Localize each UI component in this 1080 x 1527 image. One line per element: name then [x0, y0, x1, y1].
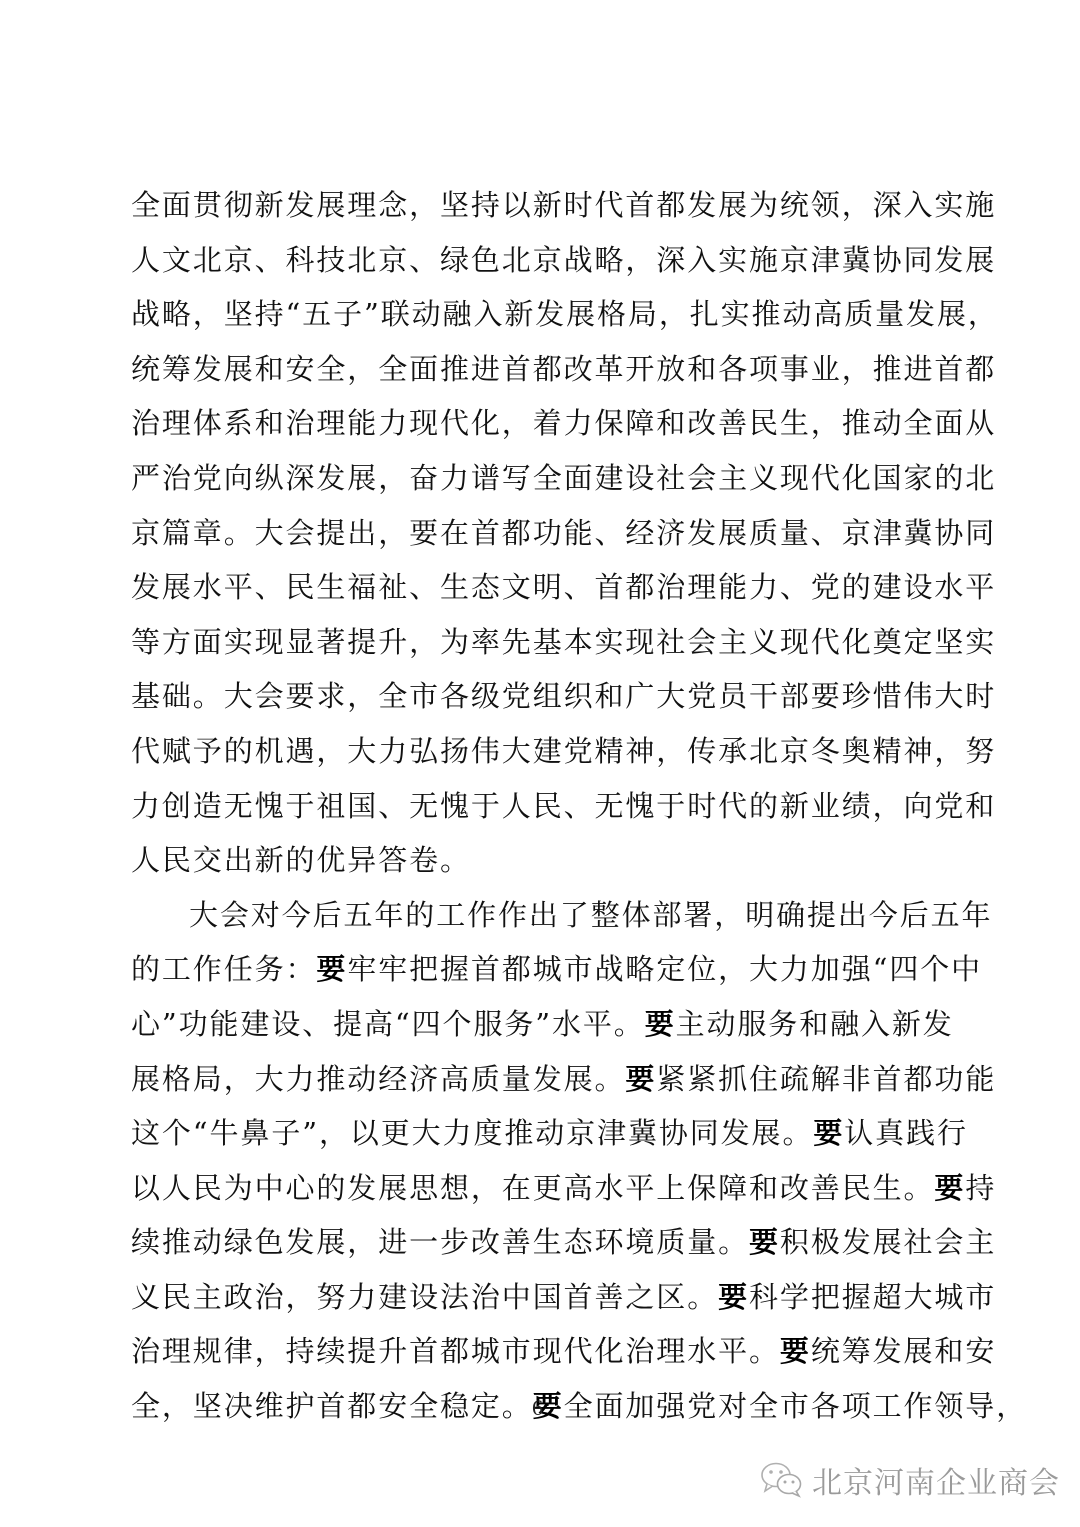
text-segment: 积极发展社会主	[780, 1225, 996, 1259]
text-line: 的工作任务：要牢牢把握首都城市战略定位，大力加强“四个中	[131, 942, 953, 997]
text-line: 心”功能建设、提高“四个服务”水平。要主动服务和融入新发	[131, 997, 953, 1052]
text-segment: 心”功能建设、提高“四个服务”水平。	[131, 1007, 645, 1041]
text-segment: 这个“牛鼻子”，以更大力度推动京津冀协同发展。	[131, 1116, 813, 1150]
text-line: 续推动绿色发展，进一步改善生态环境质量。要积极发展社会主	[131, 1215, 953, 1270]
text-segment: 义民主政治，努力建设法治中国首善之区。	[131, 1280, 718, 1314]
text-segment: 全，坚决维护首都安全稳定。	[131, 1389, 533, 1423]
text-segment: 人文北京、科技北京、绿色北京战略，深入实施京津冀协同发展	[131, 243, 996, 277]
text-line: 这个“牛鼻子”，以更大力度推动京津冀协同发展。要认真践行	[131, 1106, 953, 1161]
wechat-icon	[760, 1461, 804, 1499]
text-line: 人文北京、科技北京、绿色北京战略，深入实施京津冀协同发展	[131, 233, 953, 288]
wechat-watermark: 北京河南企业商会	[760, 1458, 1060, 1502]
emphasis-text: 要	[718, 1280, 749, 1314]
text-segment: 展格局，大力推动经济高质量发展。	[131, 1062, 625, 1096]
text-line: 代赋予的机遇，大力弘扬伟大建党精神，传承北京冬奥精神，努	[131, 724, 953, 779]
text-segment: 基础。大会要求，全市各级党组织和广大党员干部要珍惜伟大时	[131, 679, 996, 713]
text-segment: 战略，坚持“五子”联动融入新发展格局，扎实推动高质量发展，	[131, 297, 999, 331]
text-segment: 代赋予的机遇，大力弘扬伟大建党精神，传承北京冬奥精神，努	[131, 734, 996, 768]
emphasis-text: 要	[645, 1007, 676, 1041]
text-line: 等方面实现显著提升，为率先基本实现社会主义现代化奠定坚实	[131, 615, 953, 670]
text-segment: 人民交出新的优异答卷。	[131, 843, 471, 877]
text-segment: 统筹发展和安全，全面推进首都改革开放和各项事业，推进首都	[131, 352, 996, 386]
text-segment: 续推动绿色发展，进一步改善生态环境质量。	[131, 1225, 749, 1259]
text-line: 战略，坚持“五子”联动融入新发展格局，扎实推动高质量发展，	[131, 287, 953, 342]
text-segment: 紧紧抓住疏解非首都功能	[656, 1062, 996, 1096]
text-line: 力创造无愧于祖国、无愧于人民、无愧于时代的新业绩，向党和	[131, 779, 953, 834]
text-segment: 牢牢把握首都城市战略定位，大力加强“四个中	[347, 952, 982, 986]
text-segment: 严治党向纵深发展，奋力谱写全面建设社会主义现代化国家的北	[131, 461, 996, 495]
text-segment: 全面加强党对全市各项工作领导，	[564, 1389, 1028, 1423]
emphasis-text: 要	[934, 1171, 965, 1205]
text-line: 严治党向纵深发展，奋力谱写全面建设社会主义现代化国家的北	[131, 451, 953, 506]
text-segment: 京篇章。大会提出，要在首都功能、经济发展质量、京津冀协同	[131, 516, 996, 550]
emphasis-text: 要	[316, 952, 347, 986]
watermark-text: 北京河南企业商会	[812, 1458, 1060, 1502]
text-segment: 的工作任务：	[131, 952, 316, 986]
text-line: 展格局，大力推动经济高质量发展。要紧紧抓住疏解非首都功能	[131, 1052, 953, 1107]
text-segment: 等方面实现显著提升，为率先基本实现社会主义现代化奠定坚实	[131, 625, 996, 659]
text-line: 基础。大会要求，全市各级党组织和广大党员干部要珍惜伟大时	[131, 669, 953, 724]
text-segment: 主动服务和融入新发	[676, 1007, 954, 1041]
text-line: 义民主政治，努力建设法治中国首善之区。要科学把握超大城市	[131, 1270, 953, 1325]
text-line: 发展水平、民生福祉、生态文明、首都治理能力、党的建设水平	[131, 560, 953, 615]
text-segment: 发展水平、民生福祉、生态文明、首都治理能力、党的建设水平	[131, 570, 996, 604]
emphasis-text: 要	[749, 1225, 780, 1259]
text-segment: 持	[965, 1171, 996, 1205]
document-body: 全面贯彻新发展理念，坚持以新时代首都发展为统领，深入实施人文北京、科技北京、绿色…	[131, 178, 953, 1434]
text-line: 人民交出新的优异答卷。	[131, 833, 953, 888]
document-page: 全面贯彻新发展理念，坚持以新时代首都发展为统领，深入实施人文北京、科技北京、绿色…	[0, 0, 1080, 1527]
text-segment: 力创造无愧于祖国、无愧于人民、无愧于时代的新业绩，向党和	[131, 789, 996, 823]
text-segment: 全面贯彻新发展理念，坚持以新时代首都发展为统领，深入实施	[131, 188, 996, 222]
emphasis-text: 要	[780, 1334, 811, 1368]
text-line: 京篇章。大会提出，要在首都功能、经济发展质量、京津冀协同	[131, 506, 953, 561]
text-segment: 统筹发展和安	[811, 1334, 996, 1368]
text-segment: 以人民为中心的发展思想，在更高水平上保障和改善民生。	[131, 1171, 934, 1205]
text-line: 大会对今后五年的工作作出了整体部署，明确提出今后五年	[131, 888, 953, 943]
text-segment: 大会对今后五年的工作作出了整体部署，明确提出今后五年	[189, 898, 992, 932]
emphasis-text: 要	[813, 1116, 844, 1150]
text-line: 全面贯彻新发展理念，坚持以新时代首都发展为统领，深入实施	[131, 178, 953, 233]
text-line: 治理规律，持续提升首都城市现代化治理水平。要统筹发展和安	[131, 1324, 953, 1379]
text-segment: 认真践行	[844, 1116, 968, 1150]
text-segment: 治理规律，持续提升首都城市现代化治理水平。	[131, 1334, 780, 1368]
text-line: 治理体系和治理能力现代化，着力保障和改善民生，推动全面从	[131, 396, 953, 451]
text-segment: 治理体系和治理能力现代化，着力保障和改善民生，推动全面从	[131, 406, 996, 440]
text-segment: 科学把握超大城市	[749, 1280, 996, 1314]
text-line: 统筹发展和安全，全面推进首都改革开放和各项事业，推进首都	[131, 342, 953, 397]
page-number: 6	[532, 1395, 543, 1421]
text-line: 以人民为中心的发展思想，在更高水平上保障和改善民生。要持	[131, 1161, 953, 1216]
emphasis-text: 要	[625, 1062, 656, 1096]
